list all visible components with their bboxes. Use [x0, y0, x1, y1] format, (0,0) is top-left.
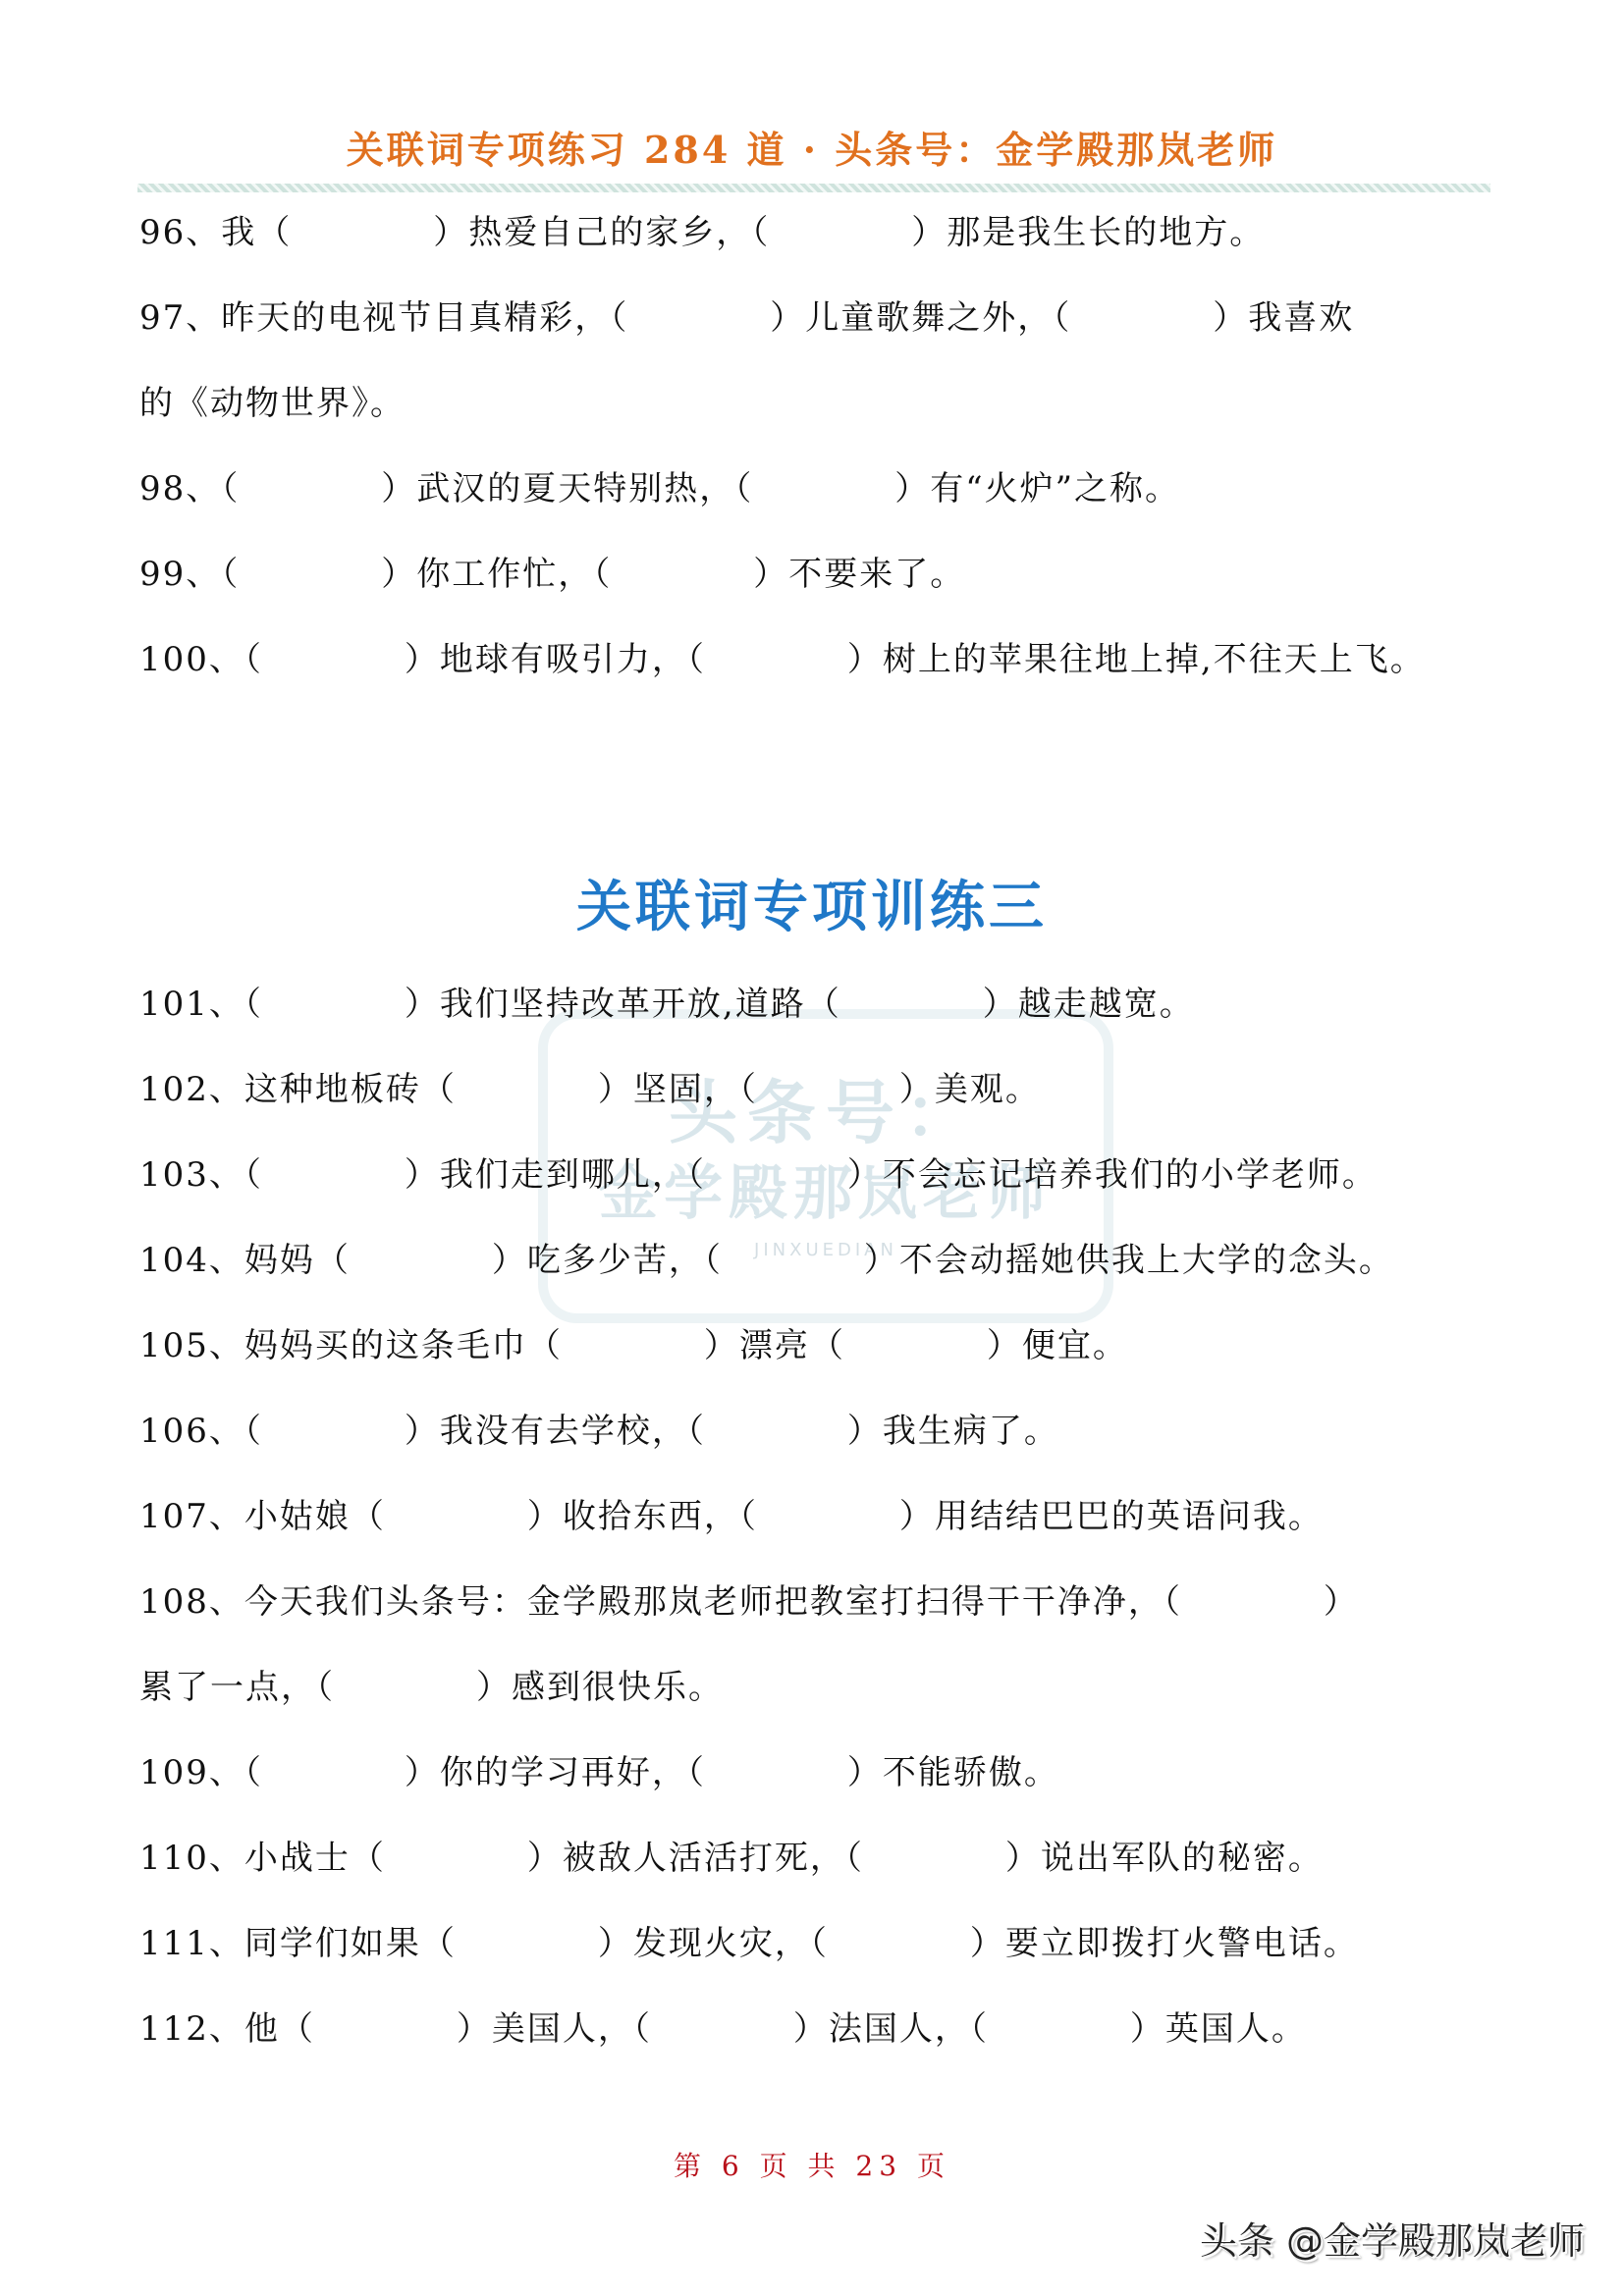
exercise-111: 111、同学们如果（ ）发现火灾，（ ）要立即拨打火警电话。: [139, 1920, 1359, 1967]
page-header-title: 关联词专项练习 284 道 · 头条号：金学殿那岚老师: [0, 120, 1624, 174]
page-indicator: 第 6 页 共 23 页: [0, 2145, 1624, 2184]
brand-watermark: 头条 @金学殿那岚老师: [1200, 2211, 1585, 2265]
exercise-98: 98、（ ）武汉的夏天特别热，（ ）有“火炉”之称。: [139, 465, 1180, 512]
exercise-99: 99、（ ）你工作忙，（ ）不要来了。: [139, 551, 965, 598]
exercise-107: 107、小姑娘（ ）收拾东西，（ ）用结结巴巴的英语问我。: [139, 1493, 1324, 1540]
exercise-102: 102、这种地板砖（ ）坚固，（ ）美观。: [139, 1066, 1041, 1113]
section-title: 关联词专项训练三: [0, 864, 1624, 942]
exercise-105: 105、妈妈买的这条毛巾（ ）漂亮（ ）便宜。: [139, 1322, 1128, 1369]
exercise-97: 97、昨天的电视节目真精彩，（ ）儿童歌舞之外，（ ）我喜欢: [139, 294, 1354, 342]
header-divider: [137, 184, 1490, 192]
exercise-108-continuation: 累了一点，（ ）感到很快乐。: [139, 1664, 724, 1711]
exercise-104: 104、妈妈（ ）吃多少苦，（ ）不会动摇她供我上大学的念头。: [139, 1237, 1394, 1284]
exercise-106: 106、（ ）我没有去学校，（ ）我生病了。: [139, 1408, 1059, 1455]
exercise-109: 109、（ ）你的学习再好，（ ）不能骄傲。: [139, 1749, 1059, 1796]
exercise-97-continuation: 的《动物世界》。: [139, 380, 406, 427]
exercise-108: 108、今天我们头条号：金学殿那岚老师把教室打扫得干干净净，（ ）: [139, 1578, 1359, 1626]
exercise-101: 101、（ ）我们坚持改革开放,道路（ ）越走越宽。: [139, 981, 1195, 1028]
exercise-103: 103、（ ）我们走到哪儿，（ ）不会忘记培养我们的小学老师。: [139, 1151, 1378, 1199]
exercise-110: 110、小战士（ ）被敌人活活打死，（ ）说出军队的秘密。: [139, 1835, 1324, 1882]
exercise-112: 112、他（ ）美国人，（ ）法国人，（ ）英国人。: [139, 2005, 1307, 2053]
exercise-96: 96、我（ ）热爱自己的家乡，（ ）那是我生长的地方。: [139, 209, 1265, 256]
exercise-100: 100、（ ）地球有吸引力，（ ）树上的苹果往地上掉,不往天上飞。: [139, 636, 1426, 683]
